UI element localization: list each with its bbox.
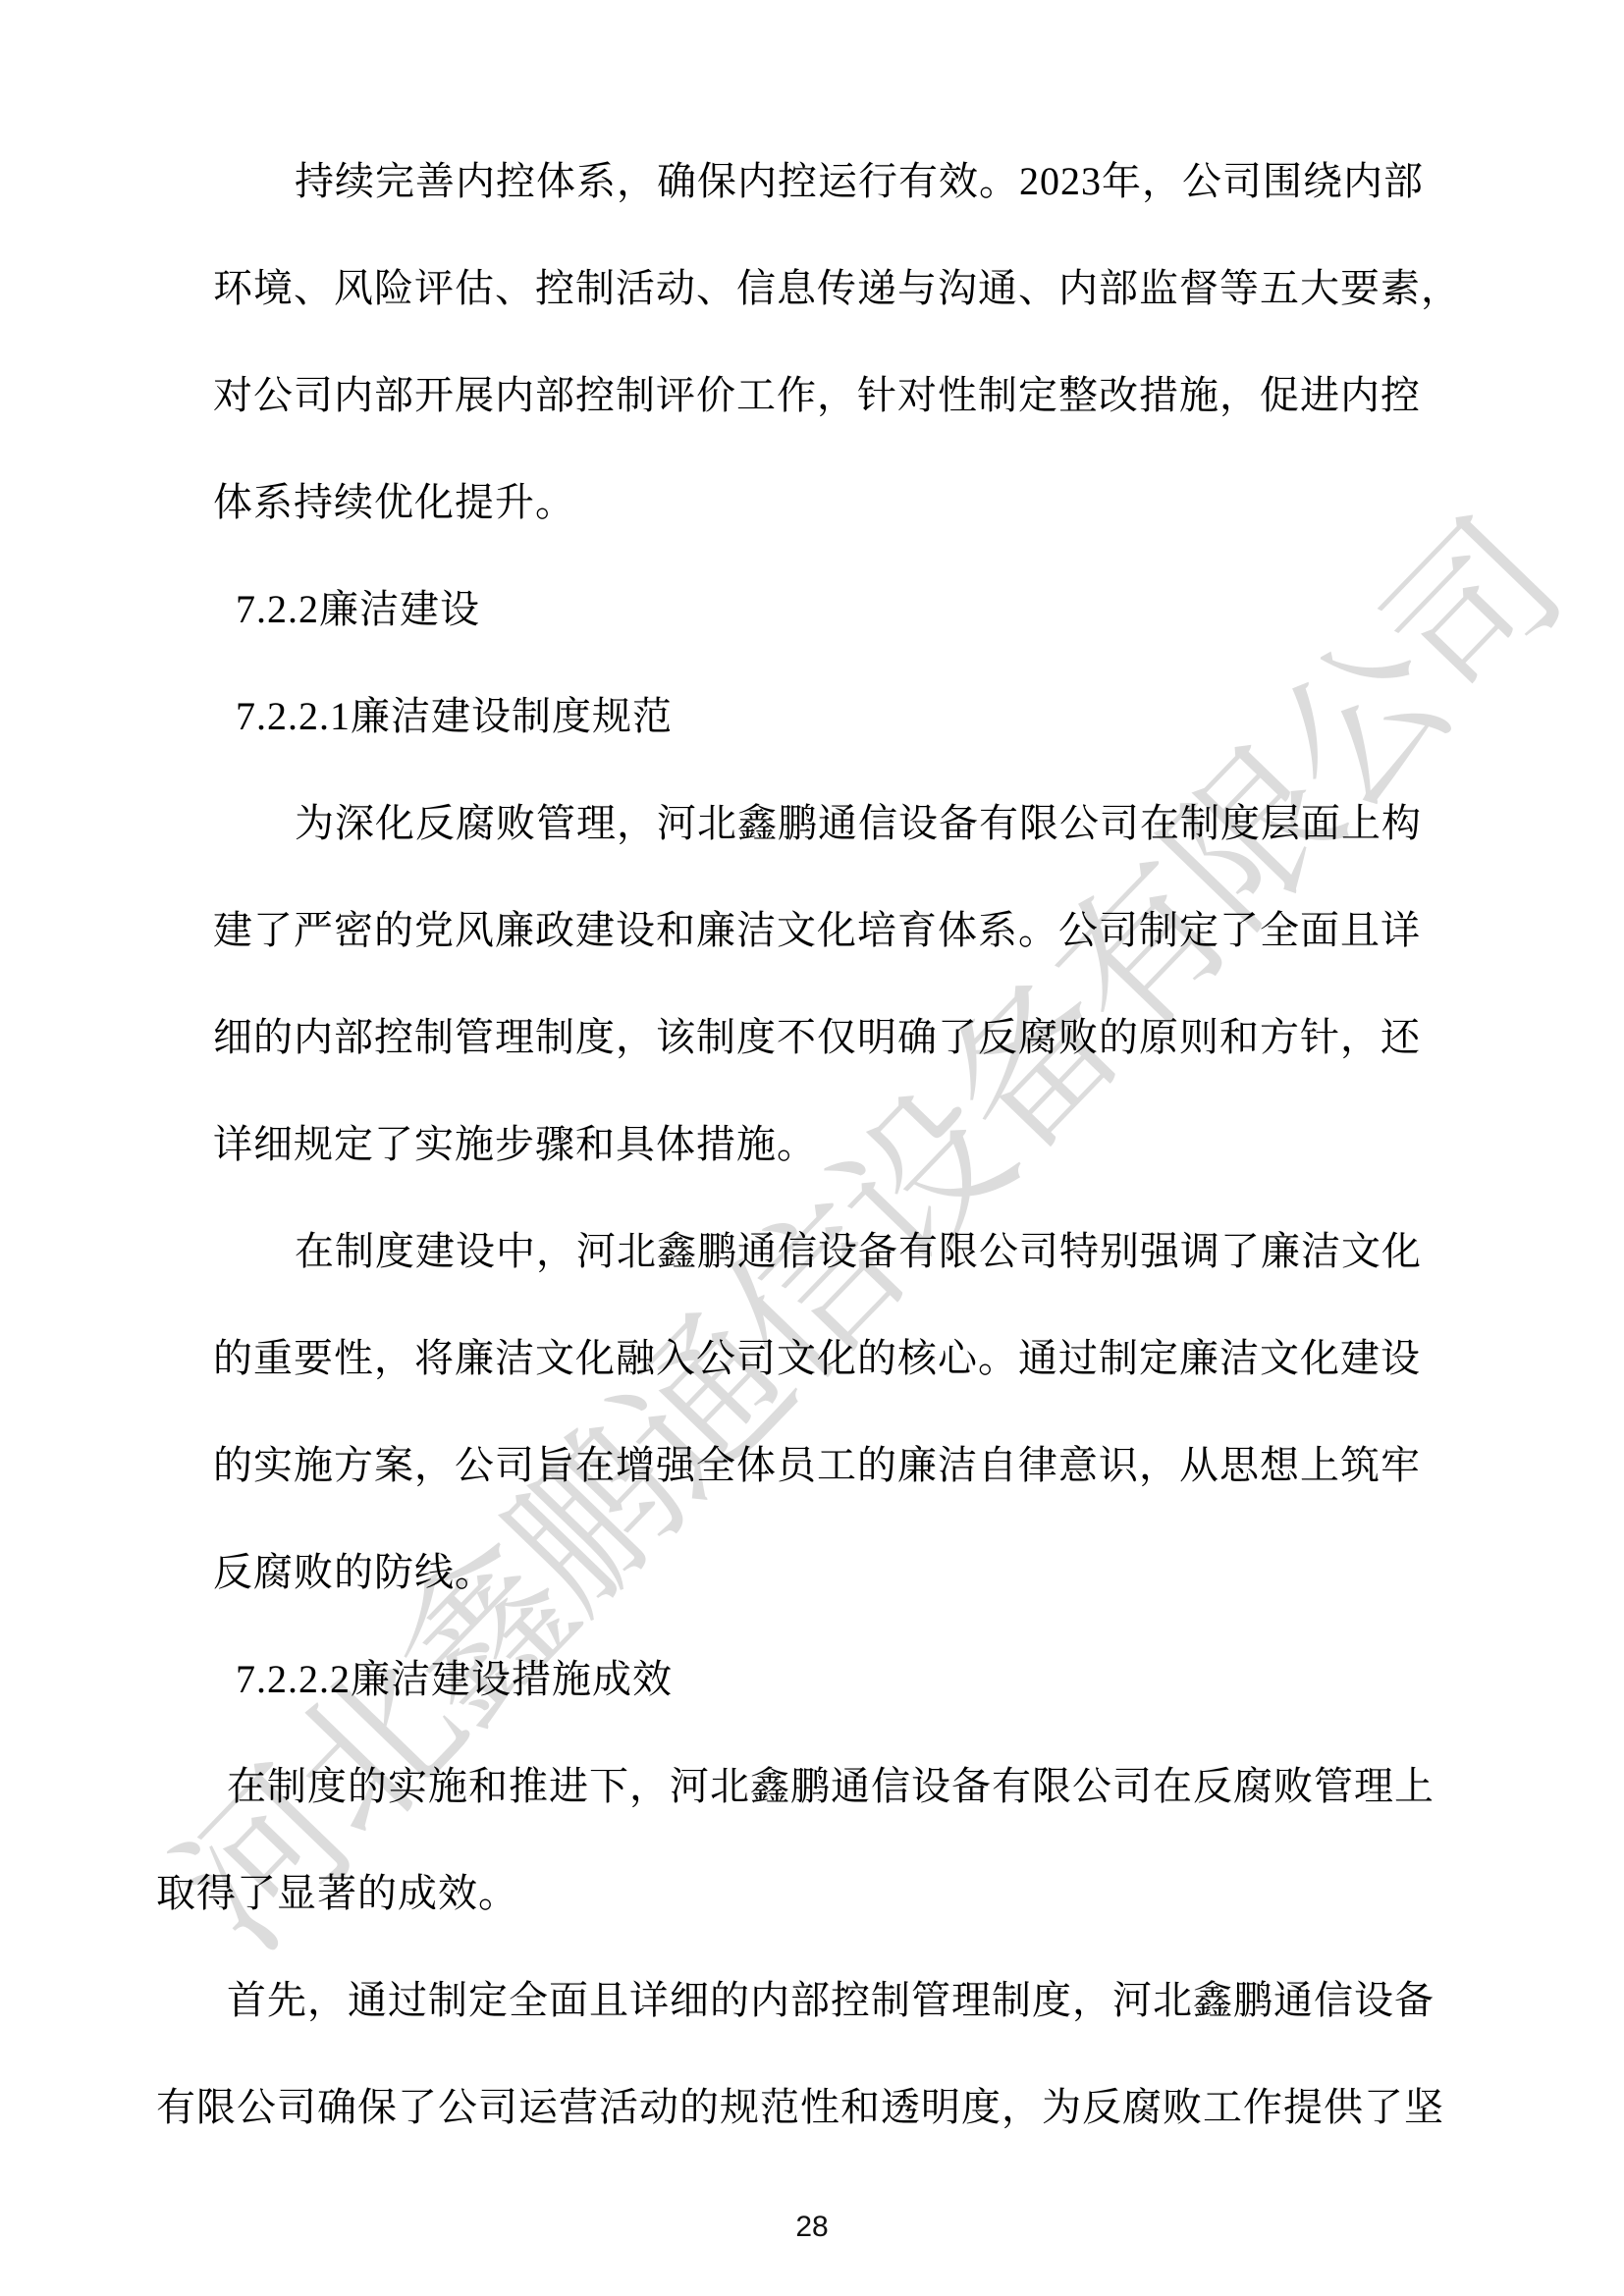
text-line: 建了严密的党风廉政建设和廉洁文化培育体系。公司制定了全面且详 xyxy=(213,877,1624,984)
text-line: 持续完善内控体系，确保内控运行有效。2023年，公司围绕内部 xyxy=(213,128,1624,235)
section-heading: 7.2.2廉洁建设 xyxy=(236,556,1624,663)
document-page: 河北鑫鹏通信设备有限公司 持续完善内控体系，确保内控运行有效。2023年，公司围… xyxy=(0,0,1624,2296)
text-line: 对公司内部开展内部控制评价工作，针对性制定整改措施，促进内控 xyxy=(213,342,1624,449)
text-line: 反腐败的防线。 xyxy=(213,1519,1624,1626)
text-line: 有限公司确保了公司运营活动的规范性和透明度，为反腐败工作提供了坚 xyxy=(156,2054,1624,2161)
page-number: 28 xyxy=(0,2211,1624,2244)
text-line: 首先，通过制定全面且详细的内部控制管理制度，河北鑫鹏通信设备 xyxy=(156,1947,1624,2054)
text-line: 取得了显著的成效。 xyxy=(156,1840,1624,1947)
section-heading: 7.2.2.2廉洁建设措施成效 xyxy=(236,1626,1624,1733)
text-line: 细的内部控制管理制度，该制度不仅明确了反腐败的原则和方针，还 xyxy=(213,984,1624,1091)
document-body: 持续完善内控体系，确保内控运行有效。2023年，公司围绕内部环境、风险评估、控制… xyxy=(0,128,1624,2161)
text-line: 在制度的实施和推进下，河北鑫鹏通信设备有限公司在反腐败管理上 xyxy=(156,1733,1624,1840)
text-line: 体系持续优化提升。 xyxy=(213,449,1624,556)
text-line: 在制度建设中，河北鑫鹏通信设备有限公司特别强调了廉洁文化 xyxy=(213,1198,1624,1305)
text-line: 为深化反腐败管理，河北鑫鹏通信设备有限公司在制度层面上构 xyxy=(213,770,1624,877)
text-line: 环境、风险评估、控制活动、信息传递与沟通、内部监督等五大要素， xyxy=(213,235,1624,342)
text-line: 的实施方案，公司旨在增强全体员工的廉洁自律意识，从思想上筑牢 xyxy=(213,1412,1624,1519)
section-heading: 7.2.2.1廉洁建设制度规范 xyxy=(236,663,1624,770)
text-line: 详细规定了实施步骤和具体措施。 xyxy=(213,1091,1624,1198)
text-line: 的重要性，将廉洁文化融入公司文化的核心。通过制定廉洁文化建设 xyxy=(213,1305,1624,1412)
